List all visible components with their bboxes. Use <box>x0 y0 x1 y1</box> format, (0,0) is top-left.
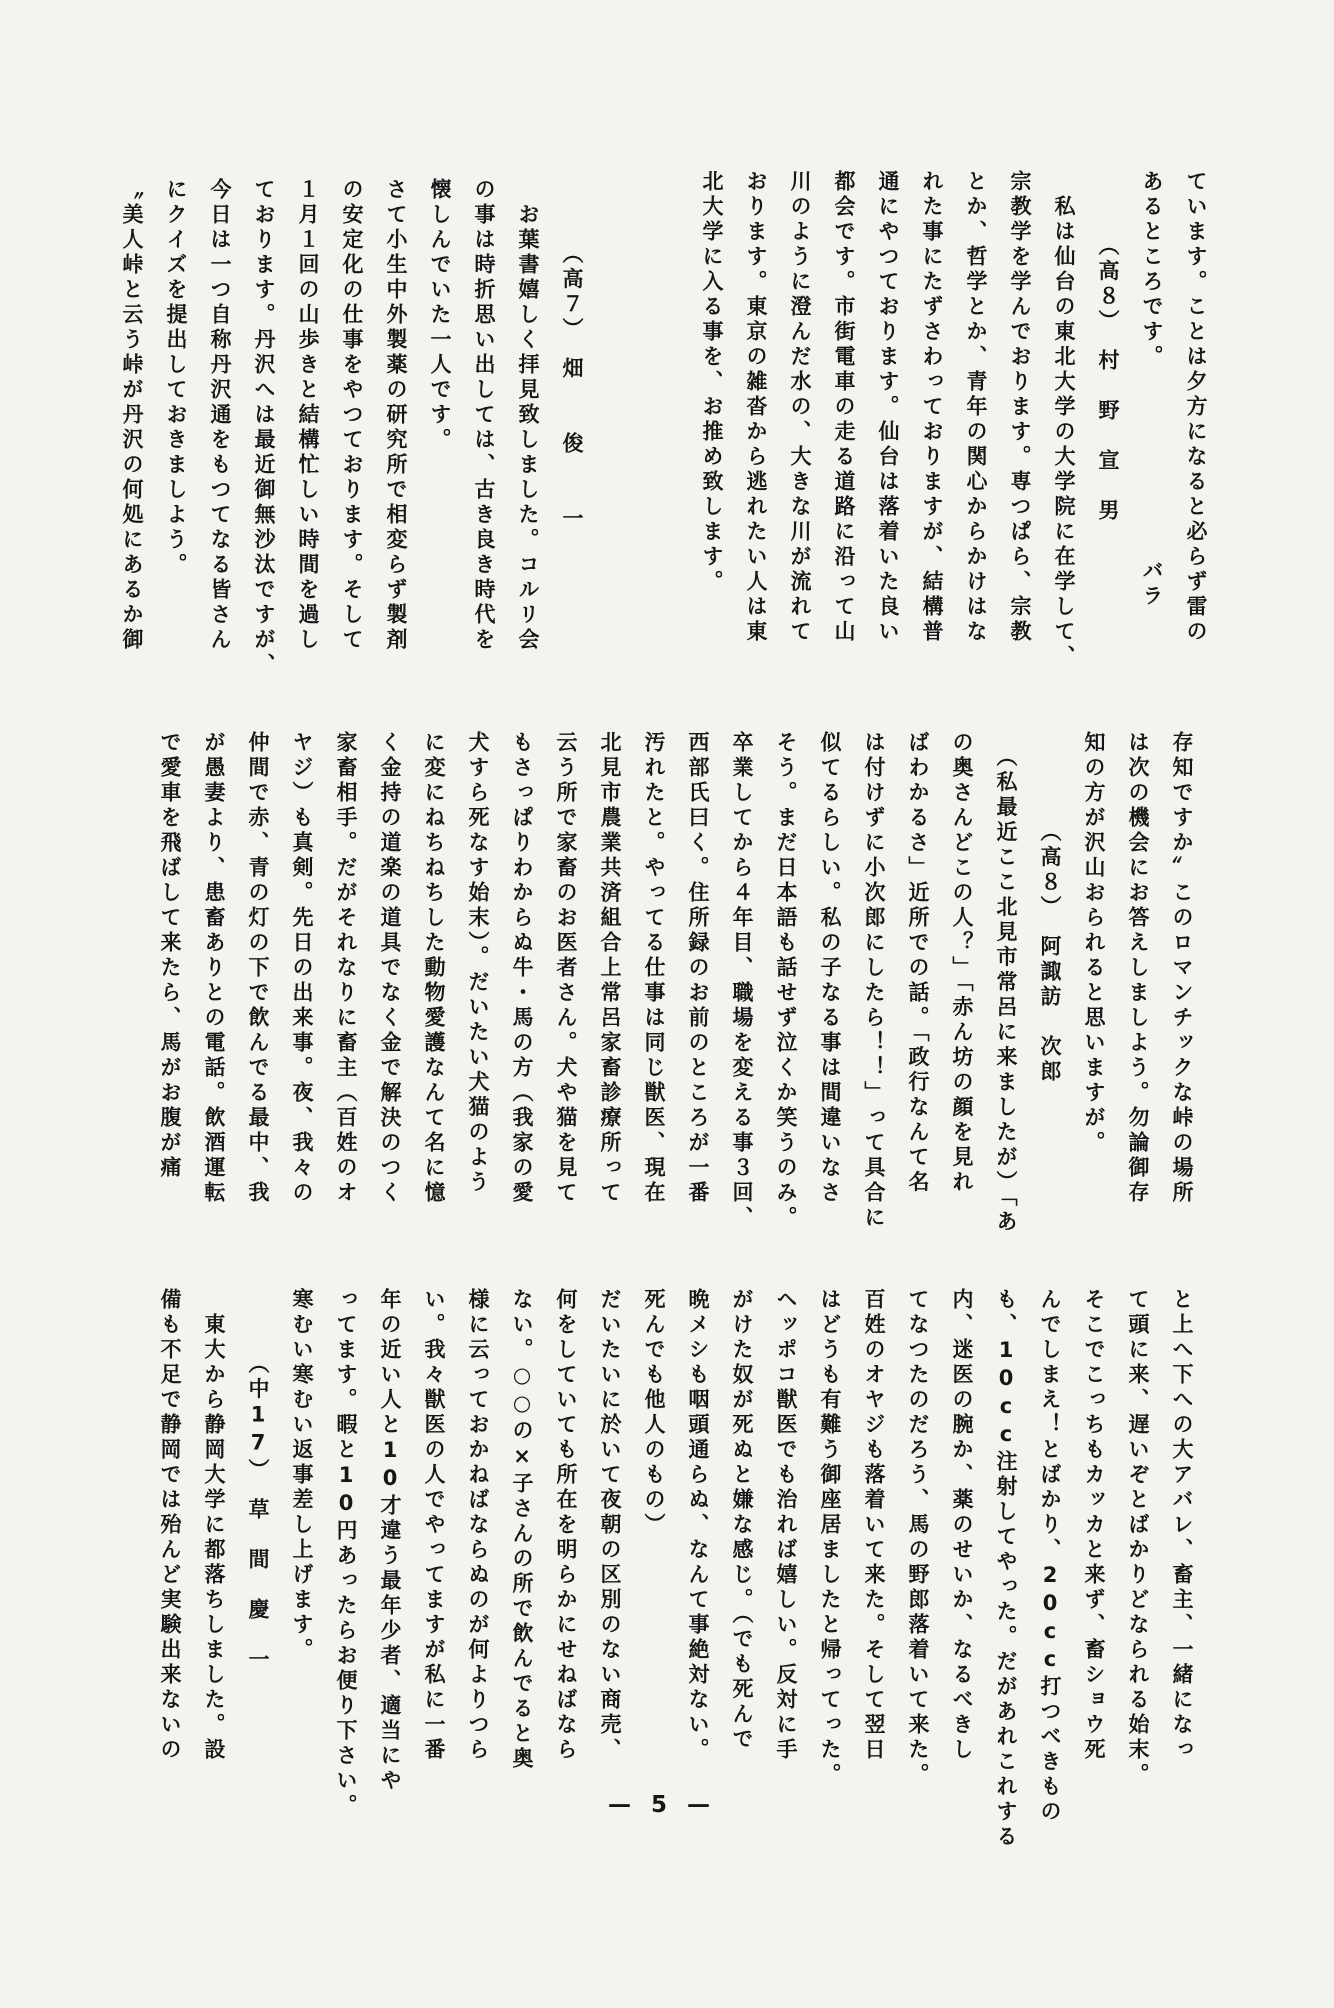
text-column: は付けずに小次郎にしたら！！」って具合に <box>863 731 884 1263</box>
text-column: で愛車を飛ばして来たら、馬がお腹が痛 <box>159 731 180 1263</box>
text-column: 何をしていても所在を明らかにせねばなら <box>555 1288 576 1816</box>
text-column: 晩メシも咽頭通らぬ、なんて事絶対ない。 <box>687 1288 708 1816</box>
text-column: 卒業してから４年目、職場を変える事３回、 <box>731 731 752 1263</box>
text-column: ってます。暇と10円あったらお便り下さい。 <box>335 1288 356 1816</box>
text-column: 通にやつております。仙台は落着いた良い <box>877 170 898 700</box>
text-column: 知の方が沢山おられると思いますが。 <box>1083 731 1104 1263</box>
text-column: と上へ下への大アバレ、畜主、一緒になっ <box>1171 1288 1192 1816</box>
text-column: そう。まだ日本語も話せず泣くか笑うのみ。 <box>775 731 796 1263</box>
text-column: （高８） 阿諏訪 次郎 <box>1039 731 1060 1263</box>
text-column: 西部氏曰く。住所録のお前のところが一番 <box>687 731 708 1263</box>
text-column: １月１回の山歩きと結構忙しい時間を過し <box>297 178 318 708</box>
text-column: お葉書嬉しく拝見致しました。コルリ会 <box>517 178 538 708</box>
text-column: ヤジ）も真剣。先日の出来事。夜、我々の <box>291 731 312 1263</box>
page-number: — 5 — <box>608 1792 716 1818</box>
text-column: ています。ことは夕方になると必らず雷の <box>1185 170 1206 700</box>
text-column: い。我々獣医の人でやってますが私に一番 <box>423 1288 444 1816</box>
text-column: 東大から静岡大学に都落ちしました。設 <box>203 1288 224 1816</box>
text-column: 家畜相手。だがそれなりに畜主（百姓のオ <box>335 731 356 1263</box>
text-column: 川のように澄んだ水の、大きな川が流れて <box>789 170 810 700</box>
text-column: 私は仙台の東北大学の大学院に在学して、 <box>1053 170 1074 700</box>
text-column: （高８） 村 野 宣 男 <box>1097 170 1118 700</box>
text-column: にクイズを提出しておきましよう。 <box>165 178 186 708</box>
text-column: 似てるらしい。私の子なる事は間違いなさ <box>819 731 840 1263</box>
text-column: （中17） 草 間 慶 一 <box>247 1288 268 1816</box>
text-column: 死んでも他人のもの） <box>643 1288 664 1816</box>
text-column: 宗教学を学んでおります。専つぱら、宗教 <box>1009 170 1030 700</box>
text-column: に変にねちねちした動物愛護なんて名に憶 <box>423 731 444 1263</box>
text-column: （高７） 畑 俊 一 <box>561 178 582 708</box>
text-column: 〝美人峠と云う峠が丹沢の何処にあるか御 <box>121 178 142 708</box>
text-column: ヘッポコ獣医でも治れば嬉しい。反対に手 <box>775 1288 796 1816</box>
band-top-right-letter: ています。ことは夕方になると必らず雷のあるところです。 バラ （高８） 村 野 … <box>678 170 1206 700</box>
text-column: もさっぱりわからぬ牛・馬の方（我家の愛 <box>511 731 532 1263</box>
text-column: も、10cc注射してやった。だがあれこれする <box>995 1288 1016 1816</box>
text-column: ばわかるさ」近所での話。「政行なんて名 <box>907 731 928 1263</box>
text-column: の奥さんどこの人？」「赤ん坊の顔を見れ <box>951 731 972 1263</box>
text-column: てなつたのだろう、馬の野郎落着いて来た。 <box>907 1288 928 1816</box>
text-column: 百姓のオヤジも落着いて来た。そして翌日 <box>863 1288 884 1816</box>
text-column: は次の機会にお答えしましよう。勿論御存 <box>1127 731 1148 1263</box>
text-column: て頭に来、遅いぞとばかりどなられる始末。 <box>1127 1288 1148 1816</box>
text-column: 仲間で赤、青の灯の下で飲んでる最中、我 <box>247 731 268 1263</box>
text-column: ております。丹沢へは最近御無沙汰ですが、 <box>253 178 274 708</box>
text-column: 汚れたと。やってる仕事は同じ獣医、現在 <box>643 731 664 1263</box>
text-column: だいたいに於いて夜朝の区別のない商売、 <box>599 1288 620 1816</box>
text-column: 内、迷医の腕か、薬のせいか、なるべきし <box>951 1288 972 1816</box>
text-column: 寒むい寒むい返事差し上げます。 <box>291 1288 312 1816</box>
text-column: とか、哲学とか、青年の関心からかけはな <box>965 170 986 700</box>
text-column: れた事にたずさわっておりますが、結構普 <box>921 170 942 700</box>
text-column: く金持の道楽の道具でなく金で解決のつく <box>379 731 400 1263</box>
text-column: 存知ですか〟このロマンチックな峠の場所 <box>1171 731 1192 1263</box>
band-top-left-letter: （高７） 畑 俊 一 お葉書嬉しく拝見致しました。コルリ会の事は時折思い出しては… <box>98 178 582 708</box>
scanned-newsletter-page: ています。ことは夕方になると必らず雷のあるところです。 バラ （高８） 村 野 … <box>0 0 1334 2008</box>
text-column: おります。東京の雑沓から逃れたい人は東 <box>745 170 766 700</box>
text-column: ない。○○の×子さんの所で飲んでると奥 <box>511 1288 532 1816</box>
text-column: 年の近い人と10才違う最年少者、適当にや <box>379 1288 400 1816</box>
text-column: の事は時折思い出しては、古き良き時代を <box>473 178 494 708</box>
text-column: 懐しんでいた一人です。 <box>429 178 450 708</box>
text-column: 北大学に入る事を、お推め致します。 <box>701 170 722 700</box>
text-column: （私最近ここ北見市常呂に来ましたが）「あ <box>995 731 1016 1263</box>
text-column: 犬すら死なす始末）。だいたい犬猫のよう <box>467 731 488 1263</box>
text-column: はどうも有難う御座居ましたと帰ってった。 <box>819 1288 840 1816</box>
band-bottom-letter: と上へ下への大アバレ、畜主、一緒になって頭に来、遅いぞとばかりどなられる始末。そ… <box>136 1288 1192 1816</box>
text-column: 備も不足で静岡では殆んど実験出来ないの <box>159 1288 180 1816</box>
text-column: 今日は一つ自称丹沢通をもつてなる皆さん <box>209 178 230 708</box>
text-column: 云う所で家畜のお医者さん。犬や猫を見て <box>555 731 576 1263</box>
text-column: 北見市農業共済組合上常呂家畜診療所って <box>599 731 620 1263</box>
text-column: がけた奴が死ぬと嫌な感じ。（でも死んで <box>731 1288 752 1816</box>
text-column: が愚妻より、患畜ありとの電話。飲酒運転 <box>203 731 224 1263</box>
band-middle-letter: 存知ですか〟このロマンチックな峠の場所は次の機会にお答えしましよう。勿論御存知の… <box>136 731 1192 1263</box>
text-column: の安定化の仕事をやつております。そして <box>341 178 362 708</box>
text-column: 様に云っておかねばならぬのが何よりつら <box>467 1288 488 1816</box>
text-column: あるところです。 バラ <box>1141 170 1162 700</box>
text-column: 都会です。市街電車の走る道路に沿って山 <box>833 170 854 700</box>
text-column: さて小生中外製薬の研究所で相変らず製剤 <box>385 178 406 708</box>
text-column: んでしまえ！とばかり、20cc打つべきもの <box>1039 1288 1060 1816</box>
text-column: そこでこっちもカッカと来ず、畜ショウ死 <box>1083 1288 1104 1816</box>
